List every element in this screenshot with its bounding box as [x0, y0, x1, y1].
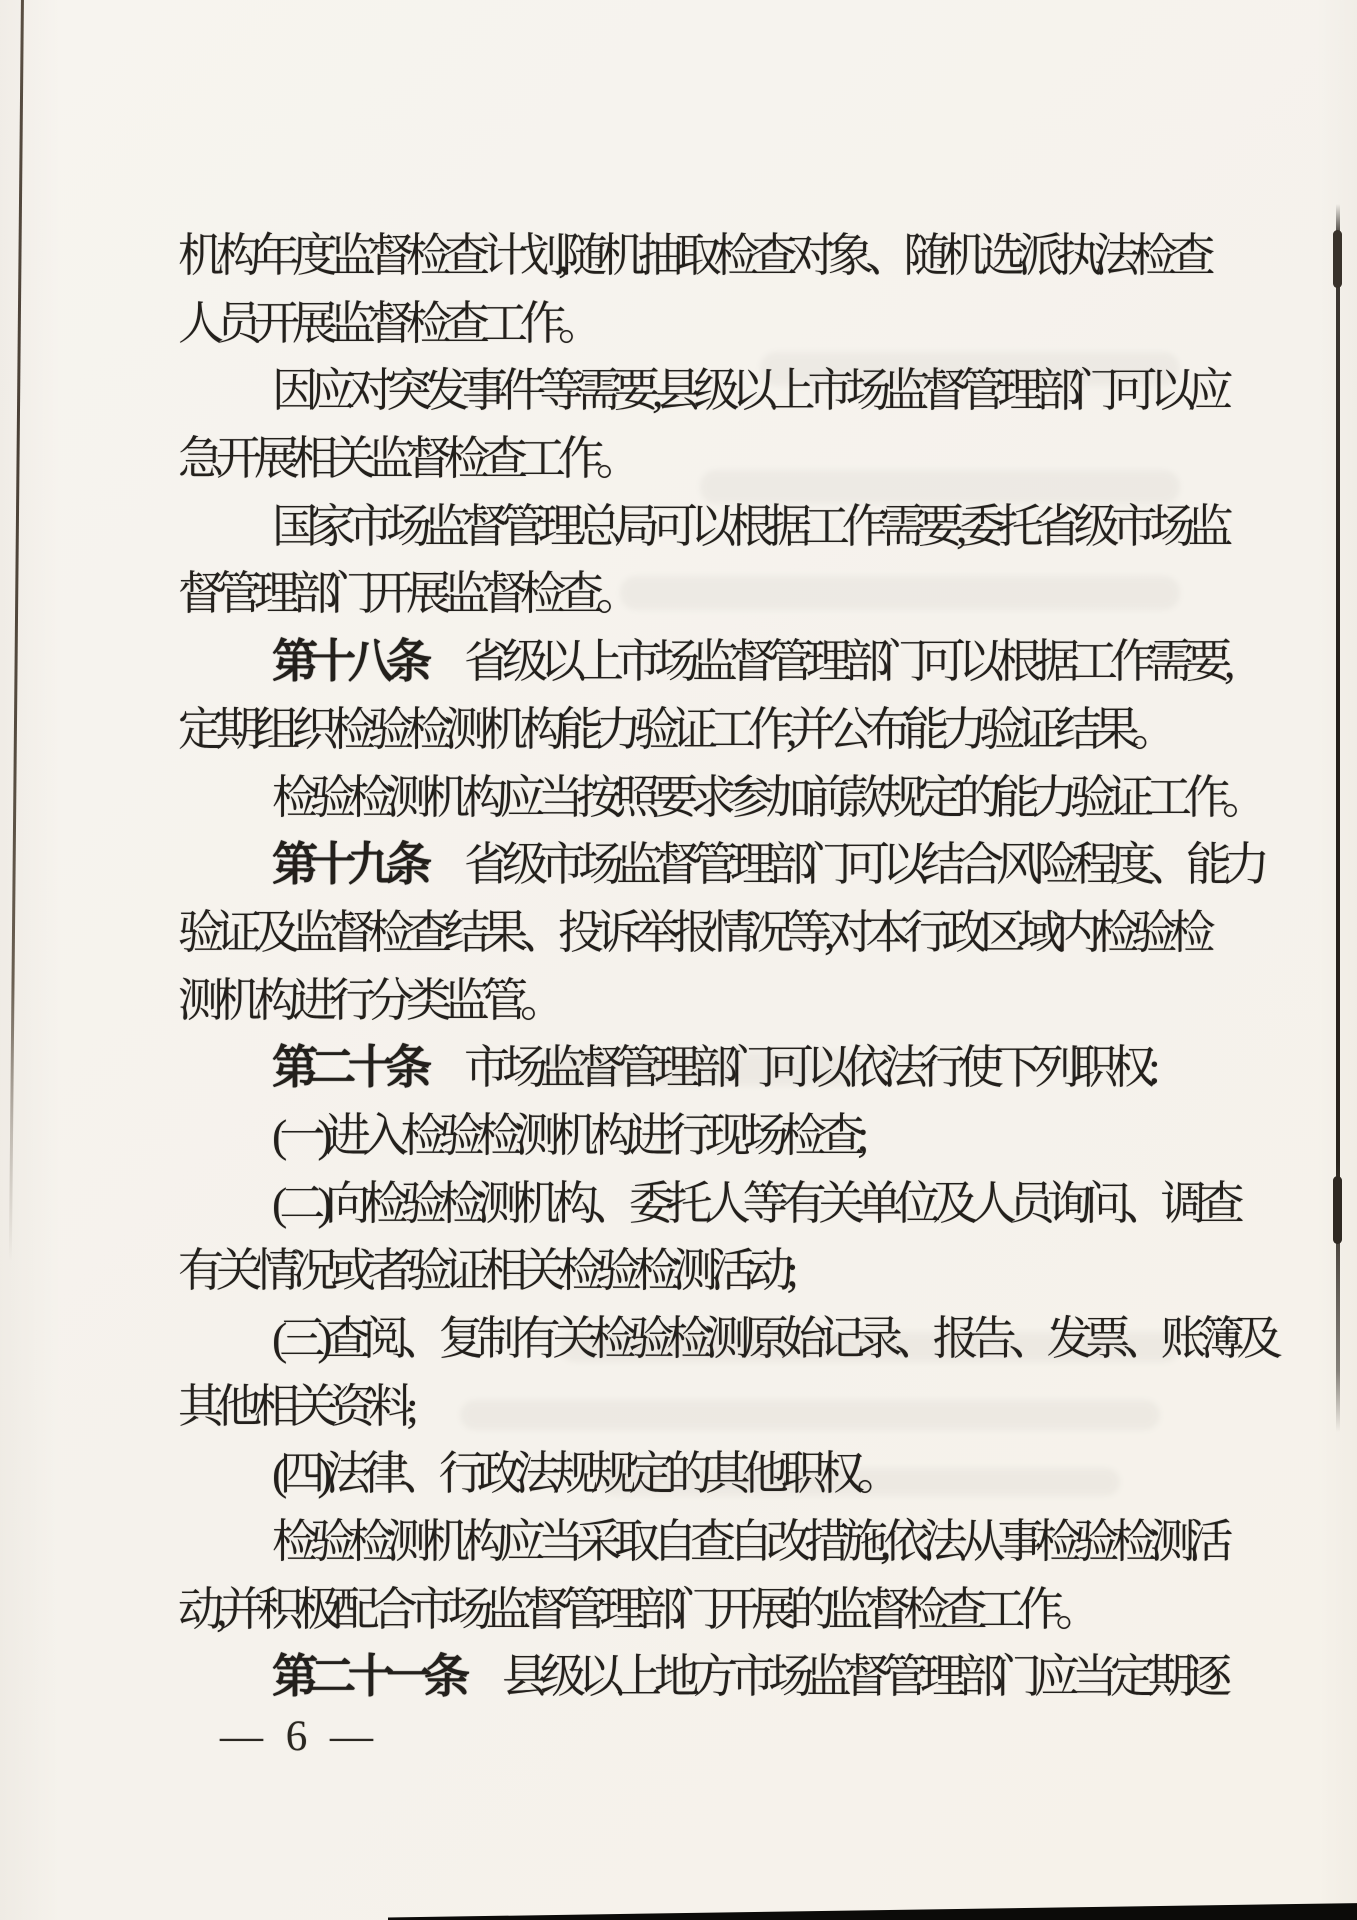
text-line: 检验检测机构应当按照要求参加前款规定的能力验证工作。 — [178, 764, 1258, 832]
line-text: 其他相关资料; — [178, 1381, 411, 1432]
text-line: 第二十条市场监督管理部门可以依法行使下列职权: — [178, 1034, 1258, 1102]
line-text: 动,并积极配合市场监督管理部门开展的监督检查工作。 — [178, 1584, 1094, 1635]
line-text: 有关情况或者验证相关检验检测活动; — [178, 1245, 791, 1296]
text-line: 急开展相关监督检查工作。 — [178, 425, 1258, 493]
text-line: 其他相关资料; — [178, 1373, 1258, 1441]
line-text: (二)向检验检测机构、委托人等有关单位及人员询问、调查 — [272, 1178, 1237, 1229]
line-text: 机构年度监督检查计划,随机抽取检查对象、随机选派执法检查 — [178, 230, 1208, 281]
text-line: 第二十一条县级以上地方市场监督管理部门应当定期逐 — [178, 1643, 1258, 1711]
article-number: 第十八条 — [272, 636, 424, 687]
text-line: 人员开展监督检查工作。 — [178, 290, 1258, 358]
page-number: — 6 — — [220, 1712, 379, 1761]
text-line: 动,并积极配合市场监督管理部门开展的监督检查工作。 — [178, 1576, 1258, 1644]
line-text: (四)法律、行政法规规定的其他职权。 — [272, 1448, 895, 1499]
text-block: 机构年度监督检查计划,随机抽取检查对象、随机选派执法检查人员开展监督检查工作。因… — [178, 222, 1258, 1711]
text-line: 机构年度监督检查计划,随机抽取检查对象、随机选派执法检查 — [178, 222, 1258, 290]
text-line: 国家市场监督管理总局可以根据工作需要,委托省级市场监 — [178, 493, 1258, 561]
next-page-edge-bar — [388, 1902, 1357, 1920]
text-line: 第十八条省级以上市场监督管理部门可以根据工作需要, — [178, 628, 1258, 696]
line-text: (三)查阅、复制有关检验检测原始记录、报告、发票、账簿及 — [272, 1313, 1275, 1364]
line-text: 省级市场监督管理部门可以结合风险程度、能力 — [464, 839, 1262, 890]
right-edge-rule — [1336, 204, 1340, 1432]
article-number: 第十九条 — [272, 839, 424, 890]
text-line: (三)查阅、复制有关检验检测原始记录、报告、发票、账簿及 — [178, 1305, 1258, 1373]
line-text: 县级以上地方市场监督管理部门应当定期逐 — [502, 1651, 1224, 1702]
line-text: 省级以上市场监督管理部门可以根据工作需要, — [464, 636, 1228, 687]
article-number: 第二十条 — [272, 1042, 424, 1093]
left-edge-rule — [9, 0, 24, 1262]
line-text: 急开展相关监督检查工作。 — [178, 433, 634, 484]
line-text: 定期组织检验检测机构能力验证工作,并公布能力验证结果。 — [178, 704, 1170, 755]
line-text: 国家市场监督管理总局可以根据工作需要,委托省级市场监 — [272, 501, 1226, 552]
text-line: (四)法律、行政法规规定的其他职权。 — [178, 1440, 1258, 1508]
text-line: 督管理部门开展监督检查。 — [178, 560, 1258, 628]
line-text: 验证及监督检查结果、投诉举报情况等,对本行政区域内检验检 — [178, 907, 1208, 958]
text-line: 验证及监督检查结果、投诉举报情况等,对本行政区域内检验检 — [178, 899, 1258, 967]
line-text: 因应对突发事件等需要,县级以上市场监督管理部门可以应 — [272, 365, 1226, 416]
text-line: (一)进入检验检测机构进行现场检查; — [178, 1102, 1258, 1170]
line-text: 检验检测机构应当按照要求参加前款规定的能力验证工作。 — [272, 772, 1260, 823]
text-line: 因应对突发事件等需要,县级以上市场监督管理部门可以应 — [178, 357, 1258, 425]
text-line: 有关情况或者验证相关检验检测活动; — [178, 1237, 1258, 1305]
line-text: 督管理部门开展监督检查。 — [178, 568, 634, 619]
text-line: 定期组织检验检测机构能力验证工作,并公布能力验证结果。 — [178, 696, 1258, 764]
line-text: 测机构进行分类监管。 — [178, 975, 558, 1026]
line-text: 检验检测机构应当采取自查自改措施,依法从事检验检测活 — [272, 1516, 1226, 1567]
text-line: (二)向检验检测机构、委托人等有关单位及人员询问、调查 — [178, 1170, 1258, 1238]
line-text: 市场监督管理部门可以依法行使下列职权: — [464, 1042, 1153, 1093]
line-text: 人员开展监督检查工作。 — [178, 298, 596, 349]
line-text: (一)进入检验检测机构进行现场检查; — [272, 1110, 861, 1161]
text-line: 第十九条省级市场监督管理部门可以结合风险程度、能力 — [178, 831, 1258, 899]
text-line: 检验检测机构应当采取自查自改措施,依法从事检验检测活 — [178, 1508, 1258, 1576]
text-line: 测机构进行分类监管。 — [178, 967, 1258, 1035]
article-number: 第二十一条 — [272, 1651, 462, 1702]
